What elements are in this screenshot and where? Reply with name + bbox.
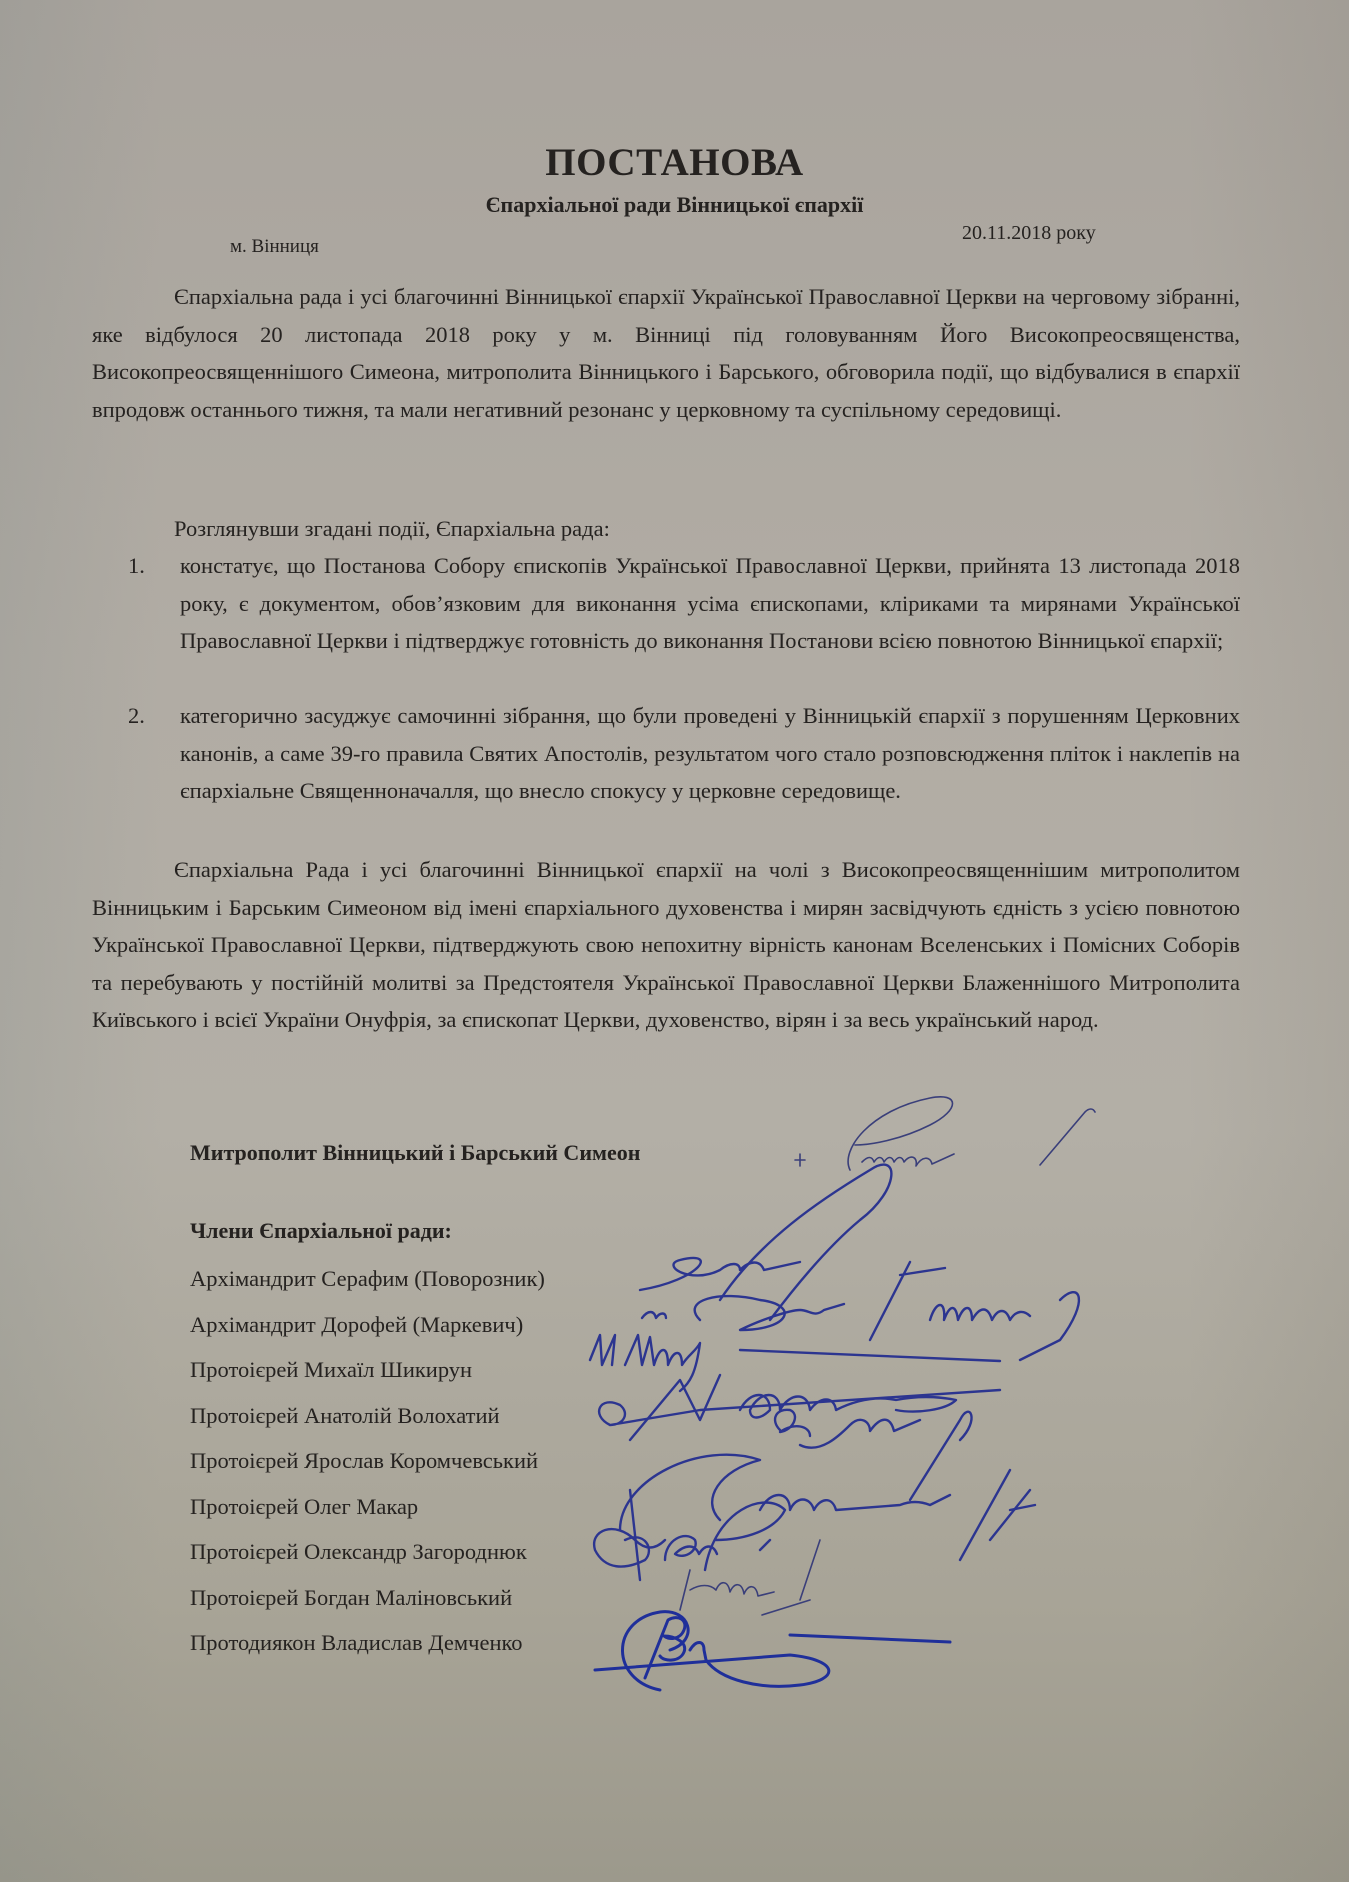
- signature-demchenko: [595, 1612, 950, 1690]
- document-date: 20.11.2018 року: [962, 222, 1096, 245]
- document-city: м. Вінниця: [230, 236, 319, 258]
- signature-koromchevskyi: [775, 1410, 972, 1500]
- resolution-intro: Розглянувши згадані події, Єпархіальна р…: [174, 510, 610, 548]
- member-name: Протоієрей Олег Макар: [190, 1484, 545, 1530]
- member-name: Протоієрей Богдан Маліновський: [190, 1575, 545, 1621]
- signature-serafim: [640, 1165, 891, 1320]
- signature-makar: [620, 1455, 1035, 1560]
- signature-shykyrun: [590, 1335, 1000, 1391]
- paragraph-intro: Єпархіальна рада і усі благочинні Вінниц…: [92, 278, 1240, 428]
- members-list: Архімандрит Серафим (Поворозник) Архіман…: [190, 1256, 545, 1666]
- resolution-item: 1. констатує, що Постанова Собору єписко…: [128, 547, 1240, 660]
- member-name: Архімандрит Серафим (Поворозник): [190, 1256, 545, 1302]
- members-heading: Члени Єпархіальної ради:: [190, 1218, 452, 1244]
- member-name: Протоієрей Олександр Загороднюк: [190, 1529, 545, 1575]
- document-title: ПОСТАНОВА: [0, 140, 1349, 185]
- paragraph-unity: Єпархіальна Рада і усі благочинні Вінниц…: [92, 851, 1240, 1039]
- signature-zahorodniuk: [594, 1490, 785, 1580]
- signature-volokhatyi: [599, 1375, 1000, 1440]
- resolution-text: категорично засуджує самочинні зібрання,…: [180, 703, 1240, 803]
- resolution-number: 2.: [128, 697, 145, 735]
- document-subtitle: Єпархіальної ради Вінницької єпархії: [0, 192, 1349, 218]
- resolution-number: 1.: [128, 547, 145, 585]
- signature-dorofey: [642, 1262, 1079, 1360]
- resolution-item: 2. категорично засуджує самочинні зібран…: [128, 697, 1240, 810]
- document-page: ПОСТАНОВА Єпархіальної ради Вінницької є…: [0, 0, 1349, 1882]
- resolution-list-1: 1. констатує, що Постанова Собору єписко…: [128, 547, 1240, 660]
- signature-metropolitan: [795, 1097, 1095, 1170]
- signature-malinovskyi: [680, 1540, 820, 1615]
- member-name: Протоієрей Ярослав Коромчевський: [190, 1438, 545, 1484]
- member-name: Протоієрей Михаїл Шикирун: [190, 1347, 545, 1393]
- member-name: Протодиякон Владислав Демченко: [190, 1620, 545, 1666]
- resolution-list-2: 2. категорично засуджує самочинні зібран…: [128, 697, 1240, 810]
- member-name: Протоієрей Анатолій Волохатий: [190, 1393, 545, 1439]
- metropolitan-signer: Митрополит Вінницький і Барський Симеон: [190, 1140, 640, 1166]
- resolution-text: констатує, що Постанова Собору єпископів…: [180, 553, 1240, 653]
- member-name: Архімандрит Дорофей (Маркевич): [190, 1302, 545, 1348]
